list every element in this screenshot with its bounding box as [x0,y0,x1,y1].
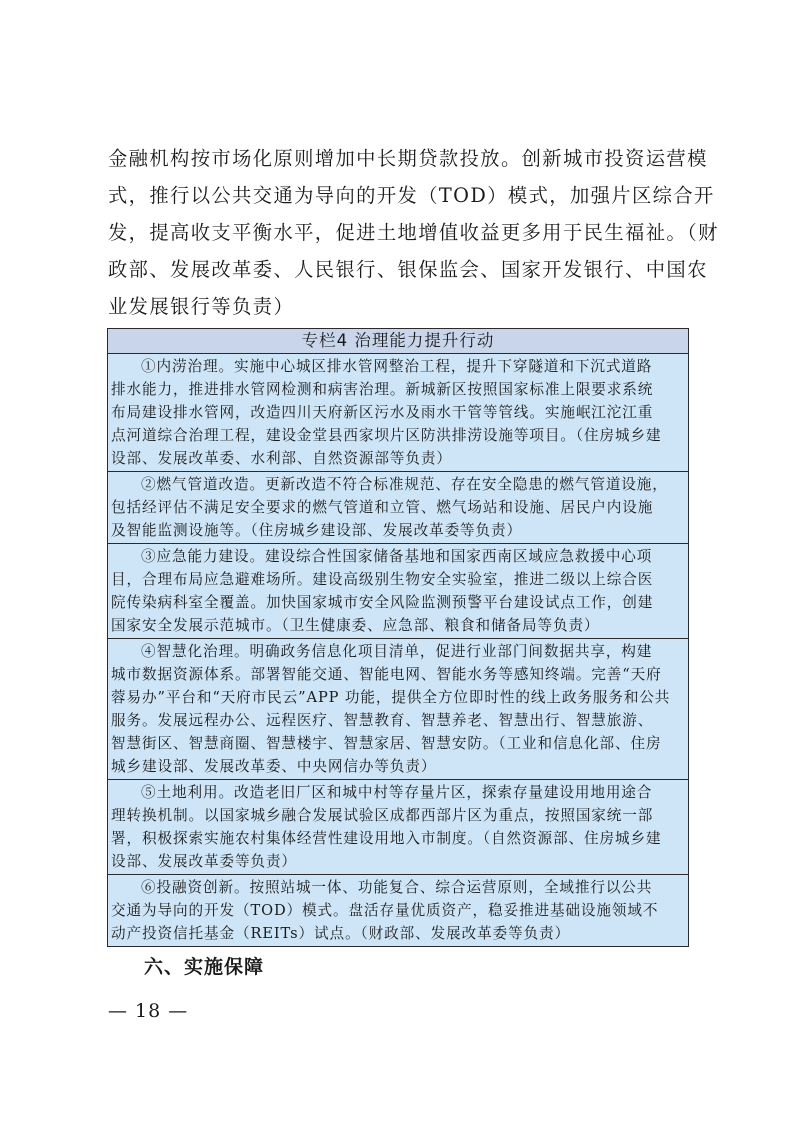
item-line: ⑤土地利用。改造老旧厂区和城中村等存量片区，探索存量建设用地用途合 [111,781,684,804]
column-box-title: 专栏4 治理能力提升行动 [108,329,688,354]
paragraph-line: 业发展银行等负责） [108,288,688,325]
column-item-land-use: ⑤土地利用。改造老旧厂区和城中村等存量片区，探索存量建设用地用途合 理转换机制。… [108,780,688,875]
item-line: 设部、发展改革委等负责） [111,850,684,873]
column-item-smart-governance: ④智慧化治理。明确政务信息化项目清单，促进行业部门间数据共享，构建 城市数据资源… [108,639,688,780]
column-item-gas-pipeline: ②燃气管道改造。更新改造不符合标准规范、存在安全隐患的燃气管道设施， 包括经评估… [108,472,688,544]
page-number: — 18 — [108,1000,188,1022]
item-line: 院传染病科室全覆盖。加快国家城市安全风险监测预警平台建设试点工作，创建 [111,591,684,614]
item-line: 动产投资信托基金（REITs）试点。（财政部、发展改革委等负责） [111,922,684,945]
item-line: 城市数据资源体系。部署智能交通、智能电网、智能水务等感知终端。完善“天府 [111,663,684,686]
paragraph-line: 政部、发展改革委、人民银行、银保监会、国家开发银行、中国农 [108,251,688,288]
item-line: ②燃气管道改造。更新改造不符合标准规范、存在安全隐患的燃气管道设施， [111,473,684,496]
item-line: 点河道综合治理工程，建设金堂县西家坝片区防洪排涝设施等项目。（住房城乡建 [111,424,684,447]
column-item-emergency: ③应急能力建设。建设综合性国家储备基地和国家西南区域应急救援中心项 目，合理布局… [108,544,688,639]
item-line: 城乡建设部、发展改革委、中央网信办等负责） [111,755,684,778]
item-line: 布局建设排水管网，改造四川天府新区污水及雨水干管等管线。实施岷江沱江重 [111,401,684,424]
paragraph-line: 发，提高收支平衡水平，促进土地增值收益更多用于民生福祉。（财 [108,214,688,251]
item-line: ③应急能力建设。建设综合性国家储备基地和国家西南区域应急救援中心项 [111,545,684,568]
item-line: 排水能力，推进排水管网检测和病害治理。新城新区按照国家标准上限要求系统 [111,378,684,401]
body-paragraph: 金融机构按市场化原则增加中长期贷款投放。创新城市投资运营模 式，推行以公共交通为… [108,140,688,325]
item-line: 交通为导向的开发（TOD）模式。盘活存量优质资产，稳妥推进基础设施领域不 [111,899,684,922]
item-line: 理转换机制。以国家城乡融合发展试验区成都西部片区为重点，按照国家统一部 [111,804,684,827]
item-line: 国家安全发展示范城市。（卫生健康委、应急部、粮食和储备局等负责） [111,614,684,637]
item-line: ①内涝治理。实施中心城区排水管网整治工程，提升下穿隧道和下沉式道路 [111,355,684,378]
item-line: 智慧街区、智慧商圈、智慧楼宇、智慧家居、智慧安防。（工业和信息化部、住房 [111,732,684,755]
item-line: ⑥投融资创新。按照站城一体、功能复合、综合运营原则，全域推行以公共 [111,876,684,899]
item-line: ④智慧化治理。明确政务信息化项目清单，促进行业部门间数据共享，构建 [111,640,684,663]
section-heading: 六、实施保障 [144,952,264,979]
item-line: 服务。发展远程办公、远程医疗、智慧教育、智慧养老、智慧出行、智慧旅游、 [111,709,684,732]
paragraph-line: 式，推行以公共交通为导向的开发（TOD）模式，加强片区综合开 [108,177,688,214]
item-line: 署，积极探索实施农村集体经营性建设用地入市制度。（自然资源部、住房城乡建 [111,827,684,850]
item-line: 包括经评估不满足安全要求的燃气管道和立管、燃气场站和设施、居民户内设施 [111,496,684,519]
column-item-waterlogging: ①内涝治理。实施中心城区排水管网整治工程，提升下穿隧道和下沉式道路 排水能力，推… [108,354,688,472]
item-line: 蓉易办”平台和“天府市民云”APP 功能，提供全方位即时性的线上政务服务和公共 [111,686,684,709]
paragraph-line: 金融机构按市场化原则增加中长期贷款投放。创新城市投资运营模 [108,140,688,177]
item-line: 及智能监测设施等。（住房城乡建设部、发展改革委等负责） [111,519,684,542]
column-item-financing: ⑥投融资创新。按照站城一体、功能复合、综合运营原则，全域推行以公共 交通为导向的… [108,875,688,946]
column-box: 专栏4 治理能力提升行动 ①内涝治理。实施中心城区排水管网整治工程，提升下穿隧道… [107,328,689,947]
item-line: 目，合理布局应急避难场所。建设高级别生物安全实验室，推进二级以上综合医 [111,568,684,591]
item-line: 设部、发展改革委、水利部、自然资源部等负责） [111,447,684,470]
